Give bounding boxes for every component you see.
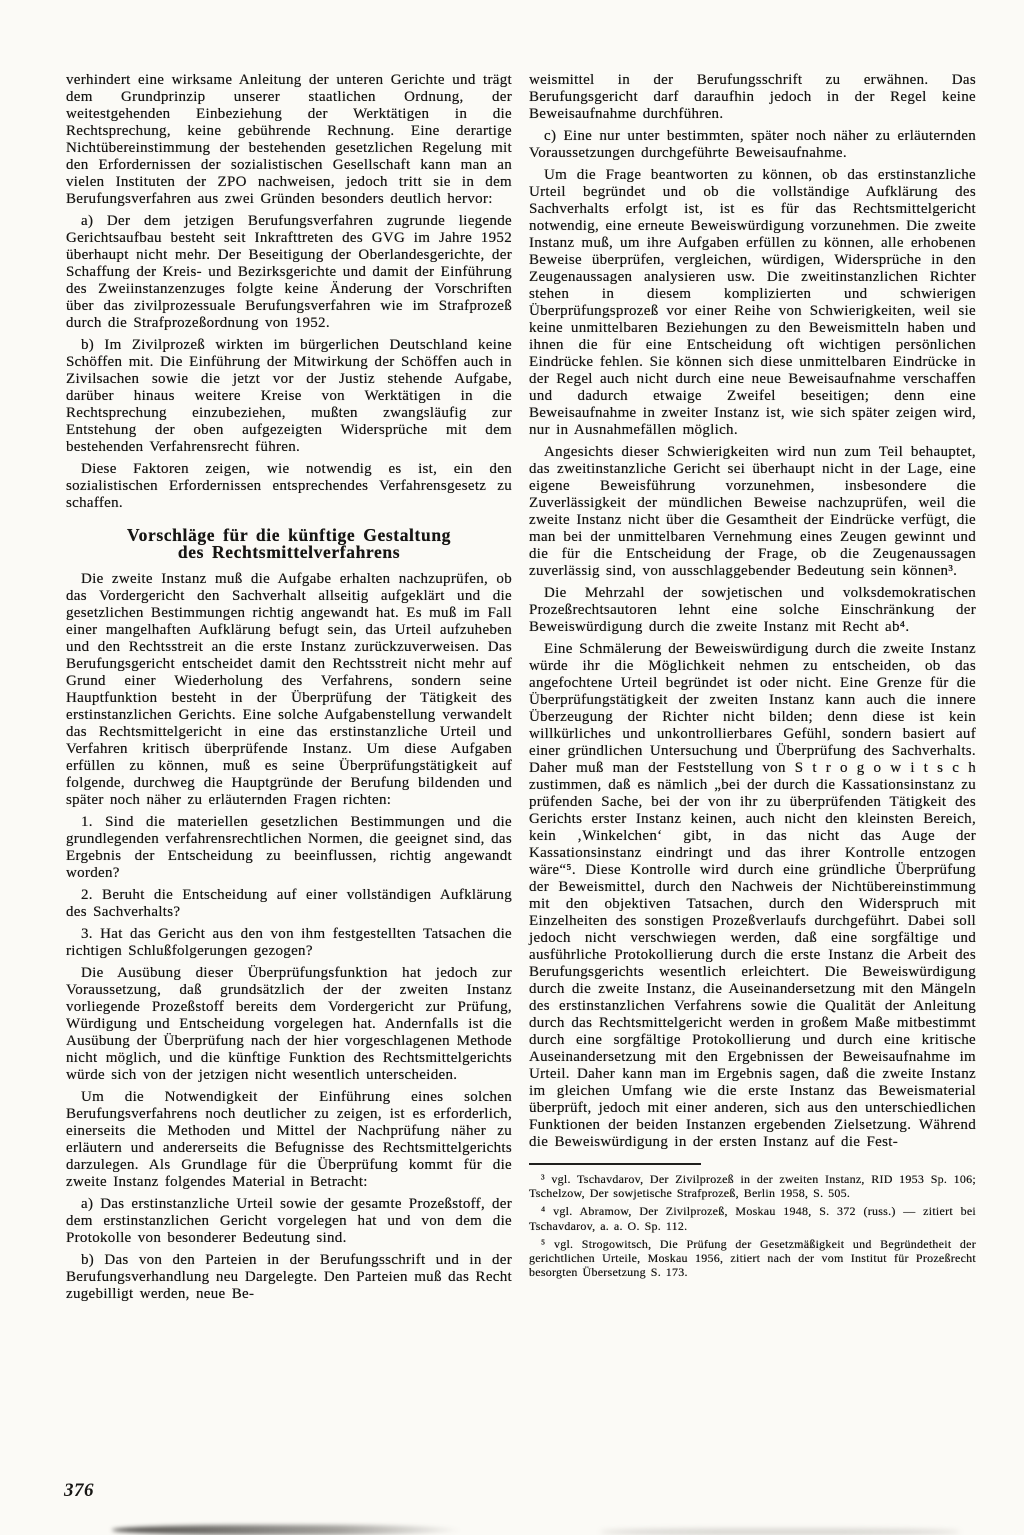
footnote: ⁴ vgl. Abramow, Der Zivilprozeß, Moskau … [529,1204,976,1232]
paragraph: weismittel in der Berufungsschrift zu er… [529,72,976,123]
paragraph: Um die Frage beantworten zu können, ob d… [529,167,976,439]
section-heading: Vorschläge für die künftige Gestaltung d… [66,527,512,561]
footnote: ⁵ vgl. Strogowitsch, Die Prüfung der Ges… [529,1237,976,1280]
section-heading-line2: des Rechtsmittelverfahrens [66,544,512,561]
paragraph: c) Eine nur unter bestimmten, später noc… [529,128,976,162]
paragraph: Eine Schmälerung der Beweiswürdigung dur… [529,641,976,1151]
paragraph: b) Das von den Parteien in der Berufungs… [66,1252,512,1303]
page-number: 376 [64,1480,94,1502]
footnote-separator [529,1163,701,1165]
scan-edge-shadow [600,1529,960,1535]
paragraph: Um die Notwendigkeit der Einführung eine… [66,1089,512,1191]
document-page: verhindert eine wirksame Anleitung der u… [0,0,1024,1535]
paragraph: 1. Sind die materiellen gesetzlichen Bes… [66,814,512,882]
column-left: verhindert eine wirksame Anleitung der u… [66,72,512,1308]
paragraph: Die Ausübung dieser Überprüfungsfunktion… [66,965,512,1084]
paragraph: Die Mehrzahl der sowjetischen und volksd… [529,585,976,636]
paragraph: Diese Faktoren zeigen, wie notwendig es … [66,461,512,512]
paragraph: Angesichts dieser Schwierigkeiten wird n… [529,444,976,580]
paragraph: b) Im Zivilprozeß wirkten im bürgerliche… [66,337,512,456]
footnote: ³ vgl. Tschavdarov, Der Zivilprozeß in d… [529,1172,976,1200]
paragraph: a) Das erstinstanzliche Urteil sowie der… [66,1196,512,1247]
footnotes-section: ³ vgl. Tschavdarov, Der Zivilprozeß in d… [529,1163,976,1279]
paragraph: 3. Hat das Gericht aus den von ihm festg… [66,926,512,960]
paragraph: Die zweite Instanz muß die Aufgabe erhal… [66,571,512,809]
paragraph: 2. Beruht die Entscheidung auf einer vol… [66,887,512,921]
column-right: weismittel in der Berufungsschrift zu er… [529,72,976,1283]
paragraph: verhindert eine wirksame Anleitung der u… [66,72,512,208]
scan-edge-shadow [112,1525,462,1535]
paragraph: a) Der dem jetzigen Berufungsverfahren z… [66,213,512,332]
